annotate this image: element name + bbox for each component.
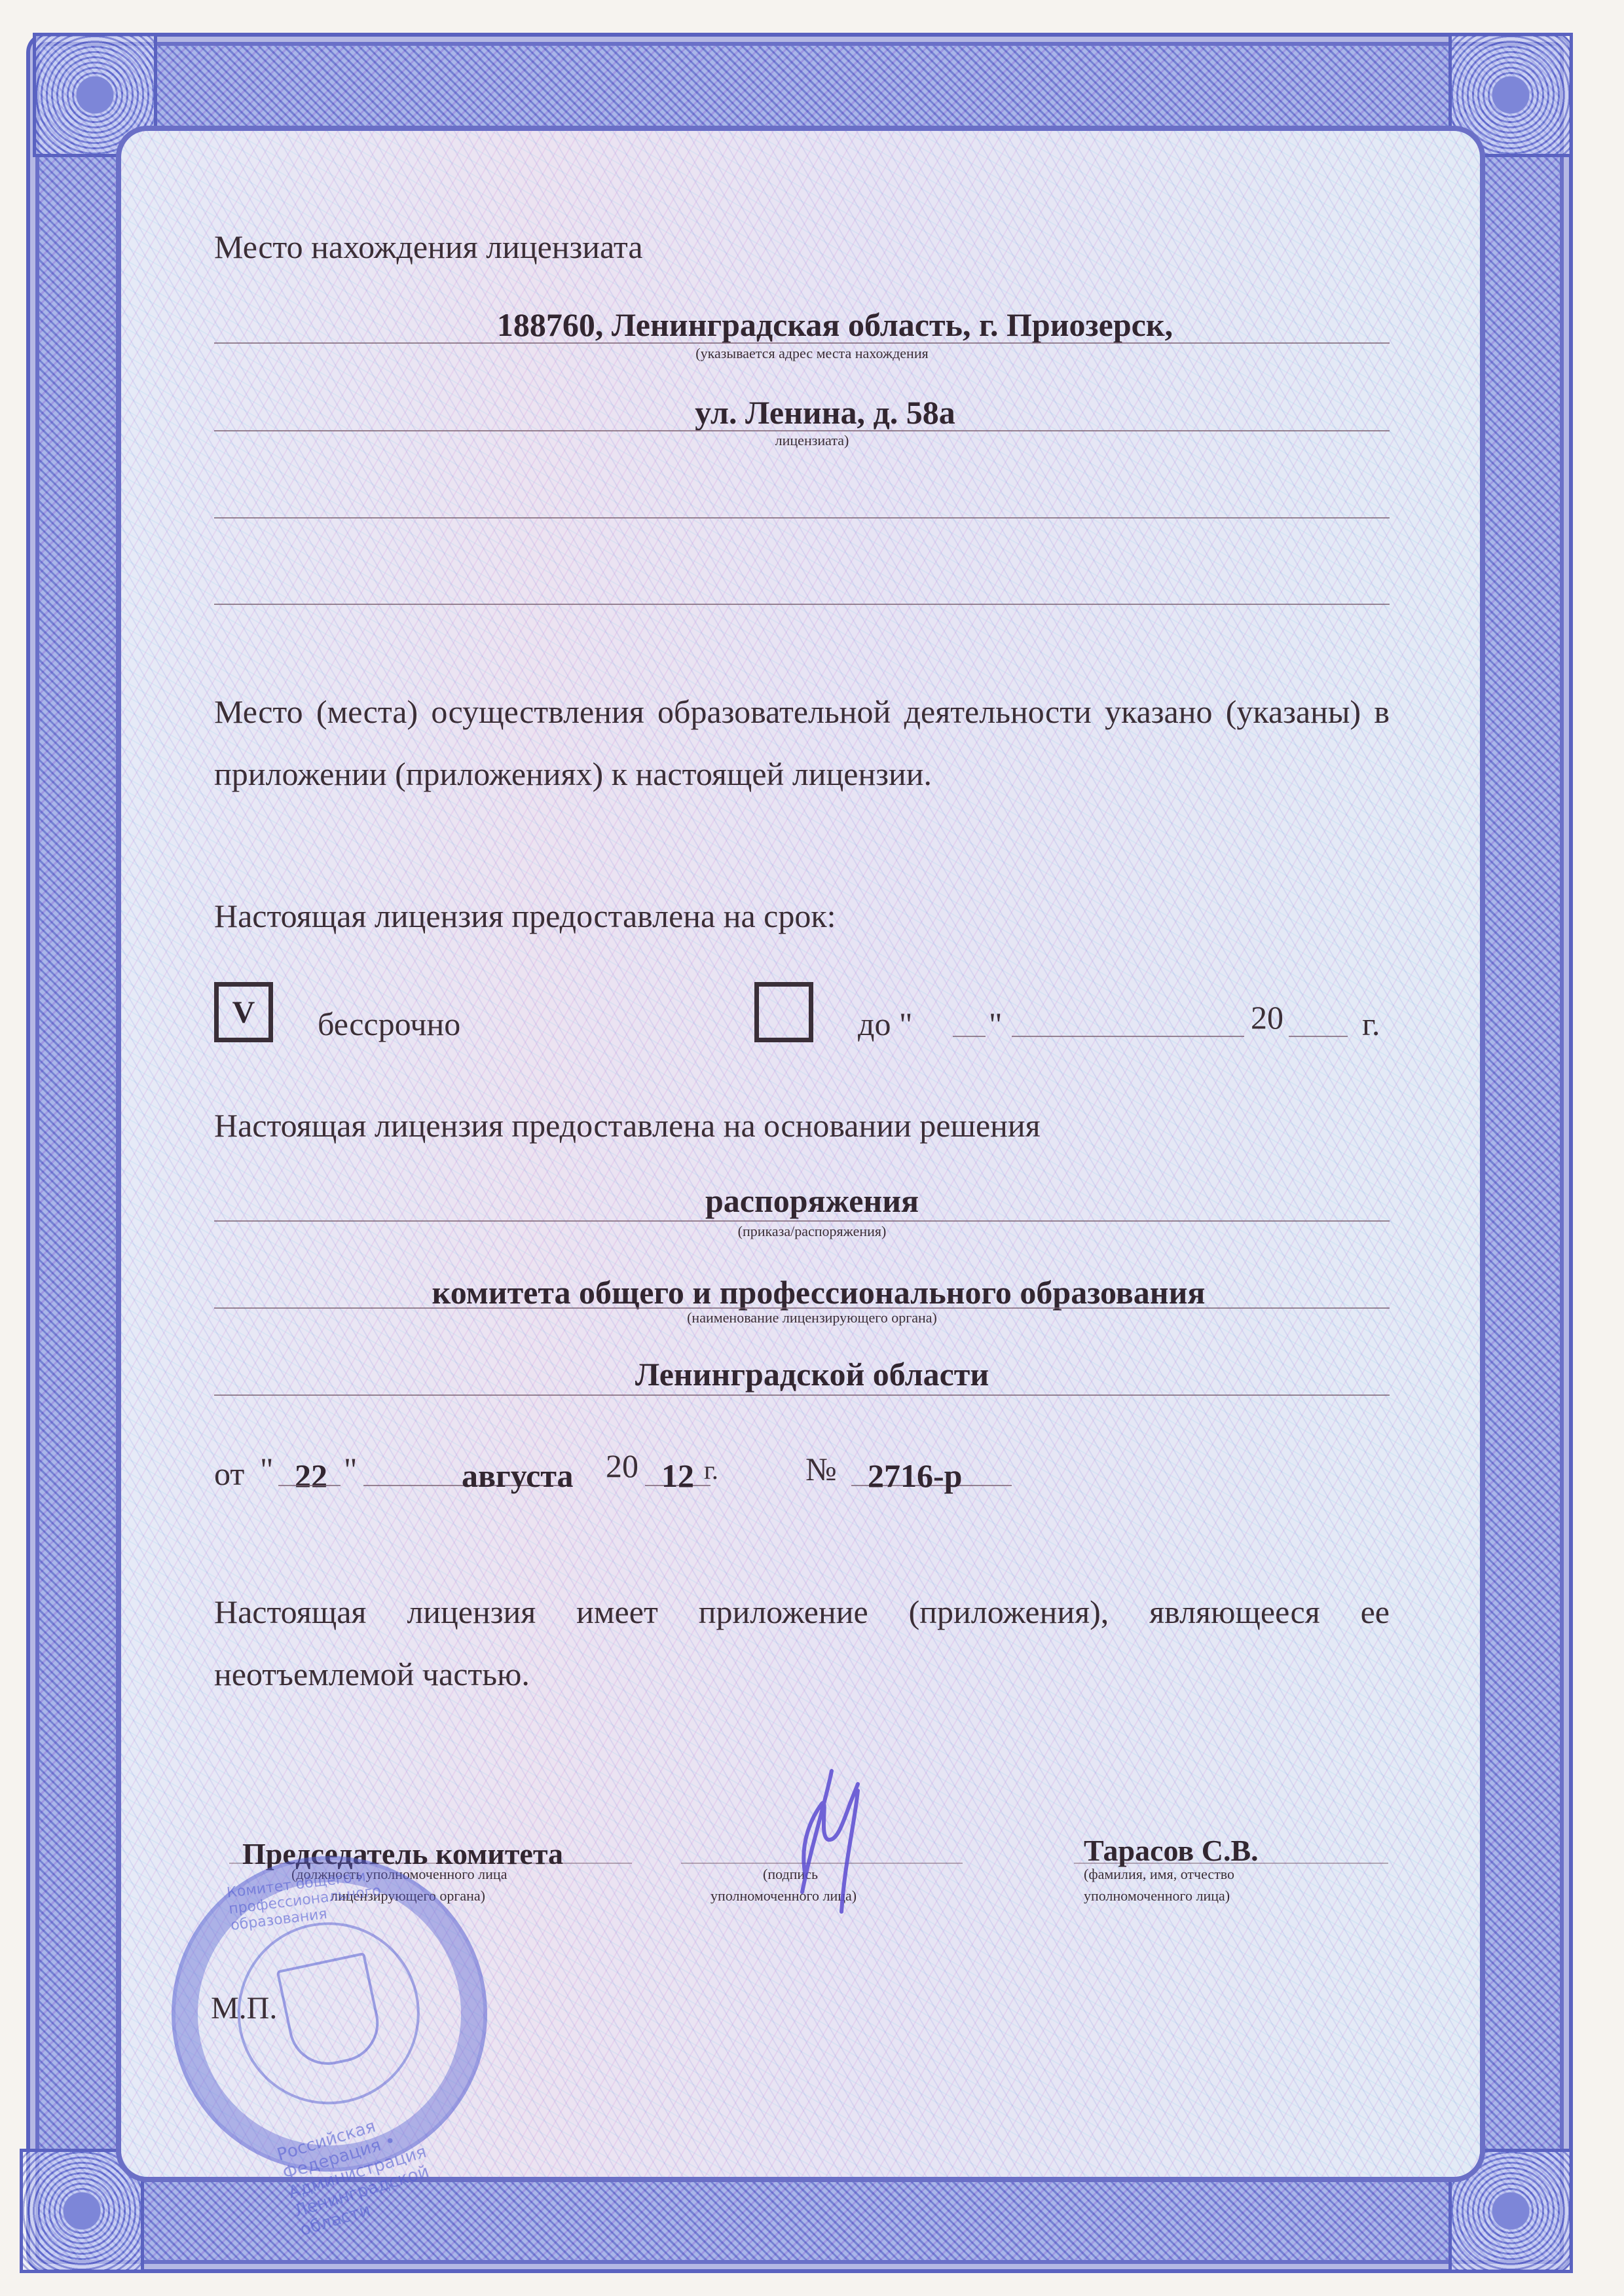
handwritten-signature-icon xyxy=(766,1764,884,1915)
address-rule-2 xyxy=(214,430,1390,431)
date-day: 22 xyxy=(295,1457,327,1495)
check-mark-icon: V xyxy=(232,994,255,1030)
until-century: 20 xyxy=(1251,998,1283,1036)
unlimited-checkbox[interactable]: V xyxy=(214,982,273,1042)
name-caption-1: (фамилия, имя, отчество xyxy=(1084,1866,1234,1883)
address-caption-2: лицензиата) xyxy=(775,432,849,449)
address-line-2: ул. Ленина, д. 58а xyxy=(695,393,955,431)
activity-place-paragraph: Место (места) осуществления образователь… xyxy=(214,681,1390,805)
address-rule-3 xyxy=(214,517,1390,519)
until-year-field[interactable] xyxy=(1289,1036,1348,1037)
date-century: 20 xyxy=(606,1447,638,1485)
date-month: августа xyxy=(462,1457,574,1495)
date-quote-close: " xyxy=(344,1450,357,1488)
corner-ornament-icon xyxy=(20,2149,144,2273)
date-day-rule xyxy=(278,1485,341,1486)
until-quote-close: " xyxy=(989,1005,1002,1043)
address-line-1: 188760, Ленинградская область, г. Приозе… xyxy=(497,306,1173,344)
until-date-checkbox[interactable] xyxy=(754,982,813,1042)
address-rule-1 xyxy=(214,342,1390,344)
until-prefix: до " xyxy=(858,1005,912,1043)
seal-mark-label: М.П. xyxy=(211,1990,277,2026)
appendix-paragraph: Настоящая лицензия имеет приложение (при… xyxy=(214,1581,1390,1705)
date-year-label: г. xyxy=(704,1455,718,1485)
name-caption-2: уполномоченного лица) xyxy=(1084,1887,1230,1904)
date-quote-open: " xyxy=(260,1450,273,1488)
basis-doc-type: распоряжения xyxy=(705,1182,919,1220)
date-prefix: от xyxy=(214,1455,244,1493)
term-label: Настоящая лицензия предоставлена на срок… xyxy=(214,897,836,935)
basis-doc-type-caption: (приказа/распоряжения) xyxy=(738,1223,887,1240)
authority-line-2: Ленинградской области xyxy=(635,1355,989,1393)
authority-line-1: комитета общего и профессионального обра… xyxy=(432,1273,1206,1311)
address-caption-1: (указывается адрес места нахождения xyxy=(695,345,928,362)
order-number: 2716-р xyxy=(868,1457,962,1495)
basis-rule-1 xyxy=(214,1220,1390,1222)
number-sign: № xyxy=(805,1450,837,1488)
basis-label: Настоящая лицензия предоставлена на осно… xyxy=(214,1106,1041,1144)
coat-of-arms-icon xyxy=(276,1952,386,2072)
date-year: 12 xyxy=(661,1457,694,1495)
basis-rule-2 xyxy=(214,1307,1390,1309)
until-day-field[interactable] xyxy=(953,1036,986,1037)
location-label: Место нахождения лицензиата xyxy=(214,228,643,266)
until-suffix: г. xyxy=(1362,1005,1380,1043)
authority-caption: (наименование лицензирующего органа) xyxy=(687,1309,937,1326)
signer-name: Тарасов С.В. xyxy=(1084,1833,1259,1868)
unlimited-label: бессрочно xyxy=(318,1005,460,1043)
address-rule-4 xyxy=(214,604,1390,605)
until-month-field[interactable] xyxy=(1012,1036,1244,1037)
basis-rule-3 xyxy=(214,1394,1390,1396)
